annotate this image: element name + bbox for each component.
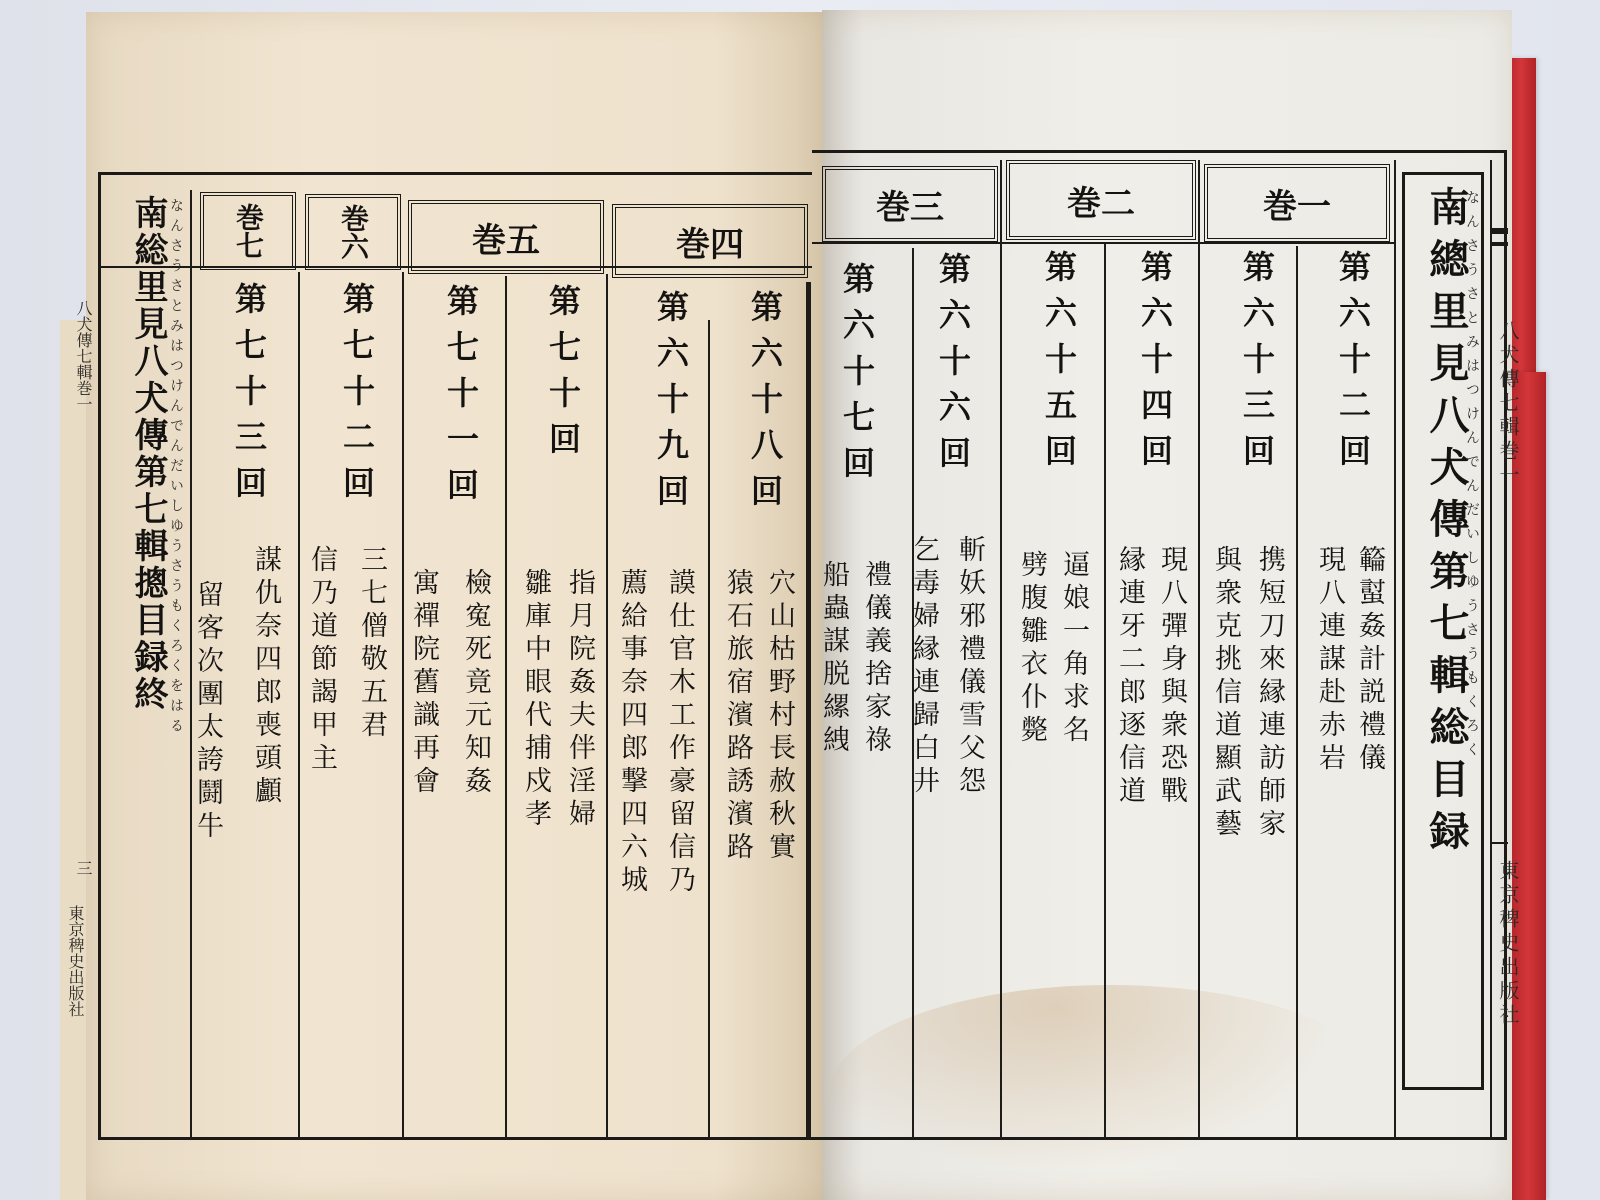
chapter-title-line: 指月院姦夫伴淫婦: [560, 568, 598, 832]
chapter-title-line: 現八連謀赴赤岩: [1310, 545, 1348, 776]
closing-title-furigana: なんさうさとみはつけんでんだいしゆうさうもくろくをはる: [166, 198, 186, 738]
chapter-title-line: 留客次團太誇鬪牛: [188, 580, 226, 844]
volume-label: 巻六: [333, 204, 373, 260]
column-rule: [606, 274, 608, 1140]
gutter-rule: [806, 282, 811, 1140]
column-rule: [1198, 160, 1200, 1140]
volume-header-6: 巻六: [305, 194, 401, 270]
volume-label: 巻七: [228, 203, 268, 259]
hashira-mark: [1490, 242, 1508, 246]
chapter-title-line: 猿石旅宿濱路誘濱路: [718, 568, 756, 865]
chapter-number: 第六十二回: [1330, 250, 1376, 480]
chapter-number: 第六十七回: [834, 262, 880, 492]
column-rule: [298, 272, 300, 1140]
volume-header-7: 巻七: [200, 192, 296, 270]
chapter-title-line: 寓禪院舊識再會: [404, 568, 442, 799]
volume-header-5: 巻五: [408, 200, 604, 274]
volume-label: 巻四: [676, 217, 744, 266]
chapter-number: 第七十一回: [438, 284, 484, 514]
column-rule: [1490, 160, 1492, 1140]
left-margin-publisher: 東京稗史出版社: [64, 905, 87, 1017]
publisher-imprint: 東京稗史出版社: [1494, 860, 1523, 1028]
chapter-number: 第六十三回: [1234, 250, 1280, 480]
running-title: 八犬傳七輯巻一: [1494, 320, 1523, 488]
volume-header-4: 巻四: [612, 204, 808, 278]
chapter-title-line: 三七僧敬五君: [352, 545, 390, 743]
chapter-title-line: 信乃道節謁甲主: [302, 545, 340, 776]
chapter-title-line: 檢寃死竟元知姦: [456, 568, 494, 799]
volume-label: 巻三: [876, 180, 944, 229]
volume-header-1: 巻一: [1204, 164, 1390, 242]
volume-label: 巻一: [1263, 179, 1331, 228]
chapter-title-line: 穴山枯野村長赦秋實: [760, 568, 798, 865]
column-rule: [1000, 160, 1002, 1140]
chapter-title-line: 携短刀來縁連訪師家: [1250, 545, 1288, 842]
chapter-title-line: 禮儀義捨家祿: [856, 560, 894, 758]
chapter-title-line: 薦給事奈四郎撃四六城: [612, 568, 650, 898]
column-rule: [708, 320, 710, 1140]
chapter-number: 第七十二回: [334, 282, 380, 512]
chapter-number: 第六十六回: [930, 252, 976, 482]
column-rule: [1394, 160, 1396, 1140]
chapter-number: 第六十四回: [1132, 250, 1178, 480]
chapter-title-line: 與衆克挑信道顯武藝: [1206, 545, 1244, 842]
chapter-title-line: 乞毒婦縁連歸白井: [904, 535, 942, 799]
hashira-mark: [1490, 228, 1508, 234]
chapter-title-line: 逼娘一角求名: [1054, 550, 1092, 748]
red-book-cover-lower: [1510, 372, 1546, 1200]
column-rule: [505, 276, 507, 1140]
column-rule: [912, 248, 914, 1140]
volume-label: 巻二: [1067, 176, 1135, 225]
chapter-number: 第七十回: [540, 284, 586, 468]
chapter-number: 第六十五回: [1036, 250, 1082, 480]
chapter-number: 第六十八回: [742, 290, 788, 520]
chapter-title-line: 縁連牙二郎逐信道: [1110, 545, 1148, 809]
chapter-title-line: 𥶡𧏛姦計説禮儀: [1350, 545, 1388, 776]
chapter-title-line: 船蟲謀脱縲絏: [814, 560, 852, 758]
volume-label: 巻五: [472, 213, 540, 262]
main-title-furigana: なんさうさとみはつけんでんだいしゆうさうもくろく: [1462, 190, 1482, 766]
hashira-rule: [1490, 842, 1508, 844]
left-margin-page-number: 三: [72, 860, 95, 876]
chapter-title-line: 斬妖邪禮儀雪父怨: [950, 535, 988, 799]
chapter-number: 第六十九回: [648, 290, 694, 520]
volume-header-2: 巻二: [1006, 160, 1196, 240]
chapter-title-line: 雛庫中眼代捕戍孝: [516, 568, 554, 832]
left-margin-running-title: 八犬傳七輯巻一: [72, 300, 95, 412]
column-rule: [1296, 246, 1298, 1140]
chapter-title-line: 謀仇奈四郎喪頭顱: [246, 545, 284, 809]
chapter-title-line: 現八彈身與衆恐戰: [1152, 545, 1190, 809]
chapter-number: 第七十三回: [226, 282, 272, 512]
chapter-title-line: 劈腹雛衣仆斃: [1012, 550, 1050, 748]
column-rule: [1104, 244, 1106, 1140]
chapter-title-line: 謨仕官木工作豪留信乃: [660, 568, 698, 898]
volume-header-3: 巻三: [822, 166, 998, 242]
